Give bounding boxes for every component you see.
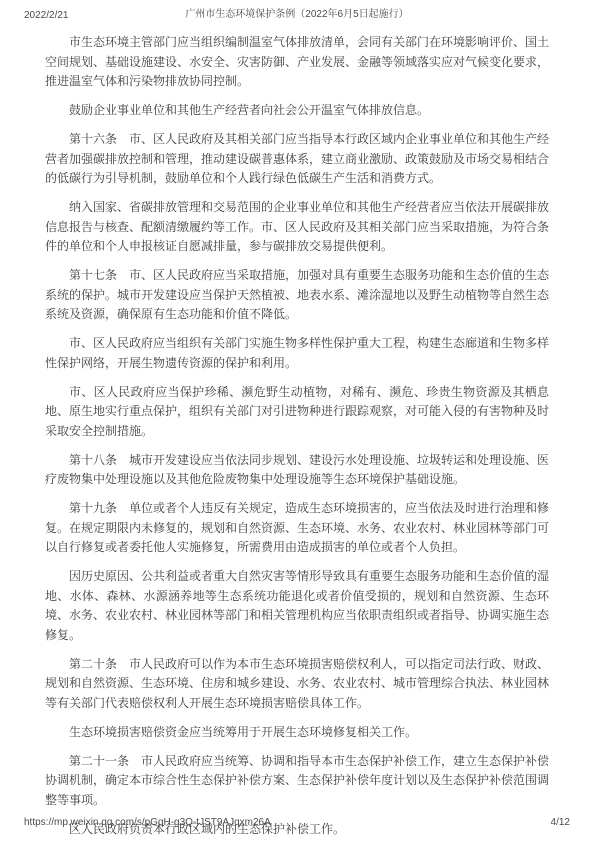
print-footer: https://mp.weixin.qq.com/s/pGqH-g3Q-tJST… bbox=[24, 817, 570, 829]
paragraph: 鼓励企业事业单位和其他生产经营者向社会公开温室气体排放信息。 bbox=[45, 101, 549, 121]
paragraph-article-17: 第十七条 市、区人民政府应当采取措施，加强对具有重要生态服务功能和生态价值的生态… bbox=[45, 266, 549, 325]
paragraph: 纳入国家、省碳排放管理和交易范围的企业事业单位和其他生产经营者应当依法开展碳排放… bbox=[45, 198, 549, 257]
document-body: 市生态环境主管部门应当组织编制温室气体排放清单，会同有关部门在环境影响评价、国土… bbox=[45, 33, 549, 841]
print-header: 2022/2/21 广州市生态环境保护条例（2022年6月5日起施行） bbox=[24, 9, 570, 23]
paragraph-article-20: 第二十条 市人民政府可以作为本市生态环境损害赔偿权利人，可以指定司法行政、财政、… bbox=[45, 655, 549, 714]
print-date: 2022/2/21 bbox=[24, 10, 69, 22]
document-title: 广州市生态环境保护条例（2022年6月5日起施行） bbox=[24, 9, 570, 21]
paragraph: 市生态环境主管部门应当组织编制温室气体排放清单，会同有关部门在环境影响评价、国土… bbox=[45, 33, 549, 92]
paragraph: 市、区人民政府应当保护珍稀、濒危野生动植物，对稀有、濒危、珍贵生物资源及其栖息地… bbox=[45, 383, 549, 442]
paragraph: 市、区人民政府应当组织有关部门实施生物多样性保护重大工程，构建生态廊道和生物多样… bbox=[45, 334, 549, 373]
paragraph-article-18: 第十八条 城市开发建设应当依法同步规划、建设污水处理设施、垃圾转运和处理设施、医… bbox=[45, 451, 549, 490]
source-url: https://mp.weixin.qq.com/s/pGqH-g3Q-tJST… bbox=[24, 817, 271, 829]
paragraph-article-16: 第十六条 市、区人民政府及其相关部门应当指导本行政区域内企业事业单位和其他生产经… bbox=[45, 130, 549, 189]
paragraph: 因历史原因、公共利益或者重大自然灾害等情形导致具有重要生态服务功能和生态价值的湿… bbox=[45, 567, 549, 645]
paragraph-article-19: 第十九条 单位或者个人违反有关规定，造成生态环境损害的，应当依法及时进行治理和修… bbox=[45, 499, 549, 558]
paragraph-article-21: 第二十一条 市人民政府应当统筹、协调和指导本市生态保护补偿工作，建立生态保护补偿… bbox=[45, 752, 549, 811]
paragraph: 生态环境损害赔偿资金应当统筹用于开展生态环境修复相关工作。 bbox=[45, 723, 549, 743]
page-number: 4/12 bbox=[551, 817, 570, 829]
printed-document-page: 2022/2/21 广州市生态环境保护条例（2022年6月5日起施行） 市生态环… bbox=[0, 0, 594, 841]
